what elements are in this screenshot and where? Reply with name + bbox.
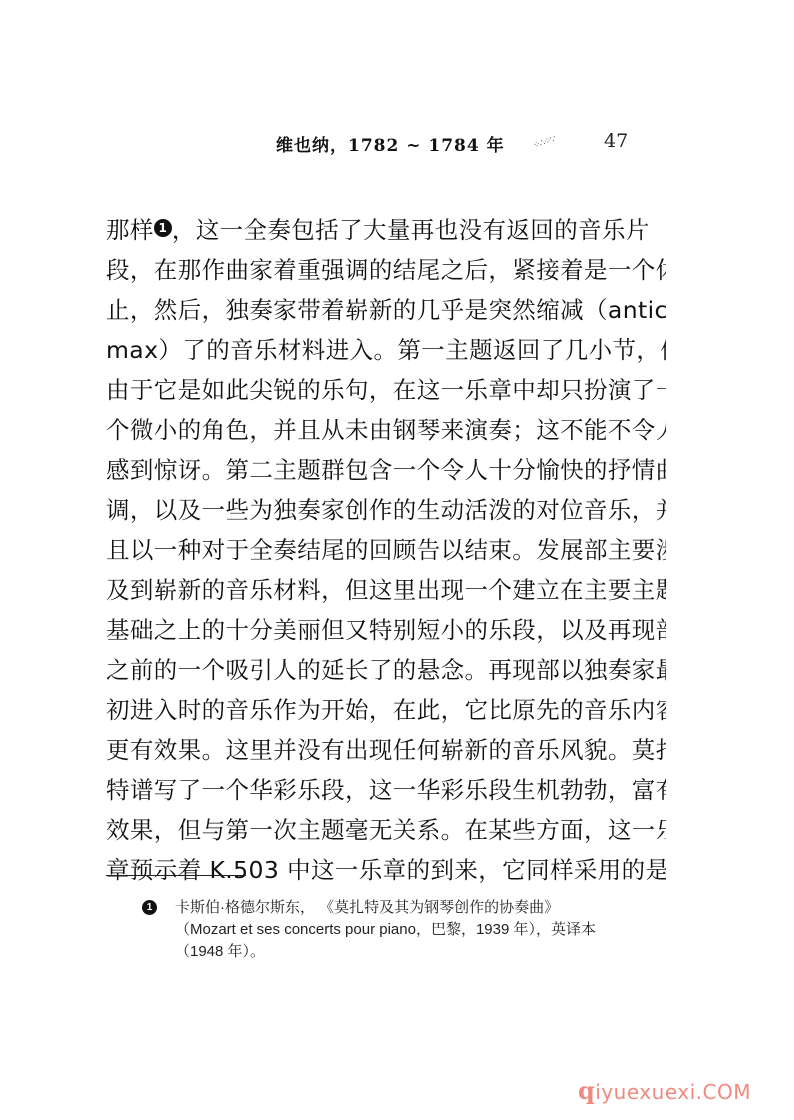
footnote-text: 卡斯伯·格德尔斯东， 《莫扎特及其为钢琴创作的协奏曲》 （Mozart et s…	[175, 897, 672, 963]
text-line: 且以一种对于全奏结尾的回顾告以结束。发展部主要涉	[106, 530, 666, 570]
text-line: 及到崭新的音乐材料，但这里出现一个建立在主要主题	[106, 570, 666, 610]
text-line: 个微小的角色，并且从未由钢琴来演奏；这不能不令人	[106, 410, 666, 450]
footnote-line: 卡斯伯·格德尔斯东， 《莫扎特及其为钢琴创作的协奏曲》	[175, 897, 672, 919]
text-line: 感到惊讶。第二主题群包含一个令人十分愉快的抒情曲	[106, 450, 666, 490]
text-line: 之前的一个吸引人的延长了的悬念。再现部以独奏家最	[106, 650, 666, 690]
footnote-line: （Mozart et ses concerts pour piano，巴黎，19…	[175, 919, 672, 941]
text-line: 章预示着 K.503 中这一乐章的到来，它同样采用的是 C	[106, 850, 666, 890]
text-segment: ，这一全奏包括了大量再也没有返回的音乐片	[172, 216, 650, 244]
text-line: 止，然后，独奏家带着崭新的几乎是突然缩减（anticli-	[106, 290, 666, 330]
footnote-reference-marker[interactable]: 1	[154, 219, 172, 237]
footnote-divider	[106, 875, 246, 876]
text-line: 效果，但与第一次主题毫无关系。在某些方面，这一乐	[106, 810, 666, 850]
text-line: 那样1，这一全奏包括了大量再也没有返回的音乐片	[106, 210, 666, 250]
body-text: 那样1，这一全奏包括了大量再也没有返回的音乐片 段，在那作曲家着重强调的结尾之后…	[106, 210, 666, 890]
decorative-ornament-icon: ⁘∴⁘∵	[532, 135, 557, 151]
text-line: 由于它是如此尖锐的乐句，在这一乐章中却只扮演了一	[106, 370, 666, 410]
text-line: 段，在那作曲家着重强调的结尾之后，紧接着是一个休	[106, 250, 666, 290]
site-watermark: qiyuexuexi.COM	[578, 1076, 751, 1105]
text-line: 特谱写了一个华彩乐段，这一华彩乐段生机勃勃，富有	[106, 770, 666, 810]
chapter-title: 维也纳，1782 ~ 1784 年	[276, 131, 505, 156]
text-line: max）了的音乐材料进入。第一主题返回了几小节，但	[106, 330, 666, 370]
page-number: 47	[604, 130, 628, 152]
running-head: 维也纳，1782 ~ 1784 年 ⁘∴⁘∵ 47	[276, 128, 555, 158]
text-line: 初进入时的音乐作为开始，在此，它比原先的音乐内容	[106, 690, 666, 730]
footnote: 1 卡斯伯·格德尔斯东， 《莫扎特及其为钢琴创作的协奏曲》 （Mozart et…	[142, 897, 672, 963]
watermark-logo-letter: q	[578, 1076, 595, 1105]
text-line: 更有效果。这里并没有出现任何崭新的音乐风貌。莫扎	[106, 730, 666, 770]
text-segment: 那样	[106, 216, 154, 244]
watermark-text: iyuexuexi.COM	[595, 1080, 751, 1104]
footnote-line: （1948 年）。	[175, 941, 672, 963]
footnote-number-marker: 1	[142, 900, 157, 915]
text-line: 调，以及一些为独奏家创作的生动活泼的对位音乐，并	[106, 490, 666, 530]
text-line: 基础之上的十分美丽但又特别短小的乐段，以及再现部	[106, 610, 666, 650]
